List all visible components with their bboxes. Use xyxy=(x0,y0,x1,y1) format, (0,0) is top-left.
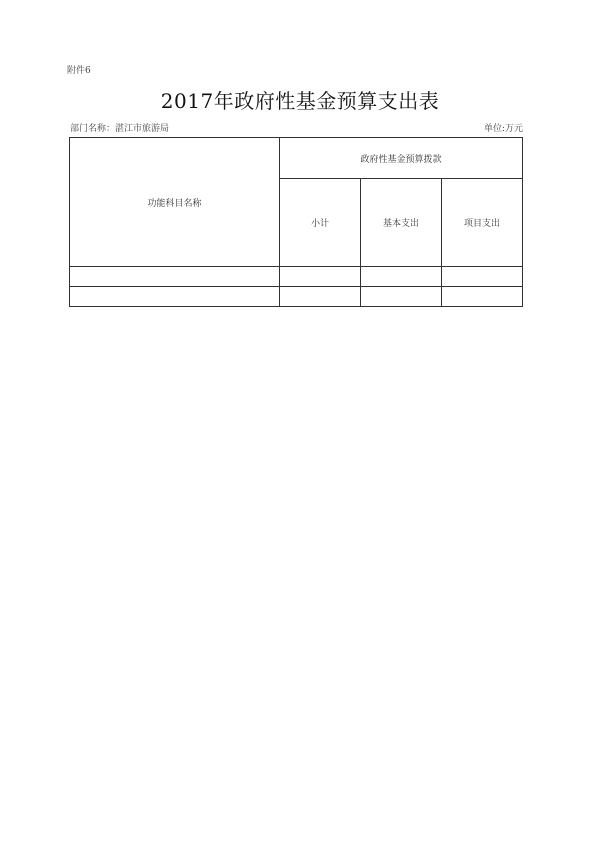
table-row xyxy=(70,287,523,307)
header-subtotal: 小计 xyxy=(280,179,361,267)
table-row xyxy=(70,267,523,287)
header-fund-allocation: 政府性基金预算拨款 xyxy=(280,138,523,179)
cell-function-name xyxy=(70,287,280,307)
cell-function-name xyxy=(70,267,280,287)
department-name: 部门名称：湛江市旅游局 xyxy=(70,121,169,134)
cell-project-expenditure xyxy=(442,267,523,287)
budget-table-container: 功能科目名称 政府性基金预算拨款 小计 基本支出 项目支出 xyxy=(69,137,523,309)
header-function-name: 功能科目名称 xyxy=(70,138,280,267)
attachment-label: 附件6 xyxy=(67,63,91,76)
cell-basic-expenditure xyxy=(361,287,442,307)
page-title: 2017年政府性基金预算支出表 xyxy=(0,85,600,114)
cell-project-expenditure xyxy=(442,287,523,307)
unit-label: 单位:万元 xyxy=(484,121,523,134)
header-project-expenditure: 项目支出 xyxy=(442,179,523,267)
header-basic-expenditure: 基本支出 xyxy=(361,179,442,267)
cell-subtotal xyxy=(280,267,361,287)
cell-subtotal xyxy=(280,287,361,307)
budget-table: 功能科目名称 政府性基金预算拨款 小计 基本支出 项目支出 xyxy=(69,137,523,307)
cell-basic-expenditure xyxy=(361,267,442,287)
